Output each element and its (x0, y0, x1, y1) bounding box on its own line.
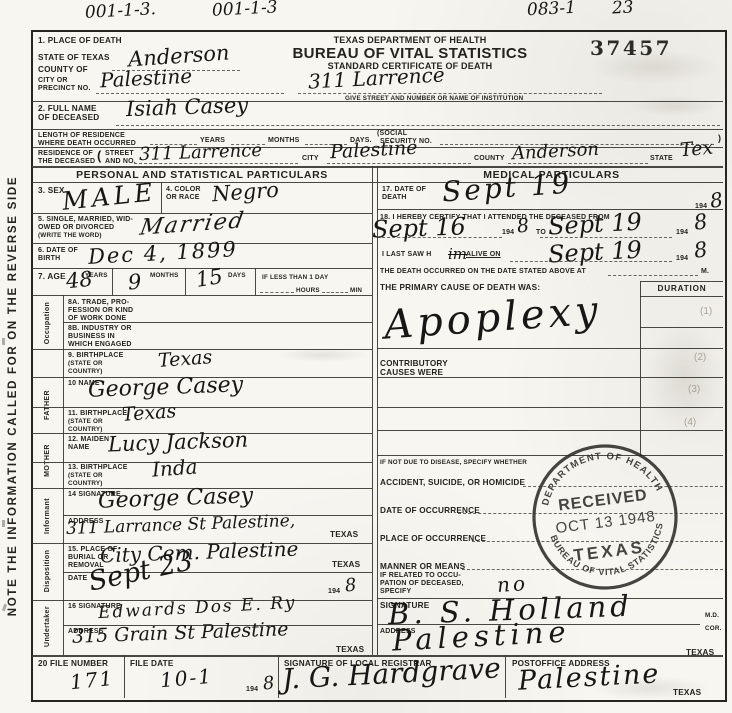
residence-state-label: STATE (650, 155, 673, 163)
birthplace-value: Texas (157, 348, 212, 371)
dod-year-digit: 8 (709, 189, 724, 211)
informant-side-label: Informant (44, 490, 51, 542)
contributory-label-2: CAUSES WERE (380, 368, 443, 377)
residence-label-2: THE DECEASED (38, 158, 95, 166)
rule-line (640, 327, 723, 328)
date-occurrence-label: DATE OF OCCURRENCE (380, 506, 480, 515)
mother-bp-label-2: (STATE OR (68, 472, 103, 479)
duration-ghost-1: (1) (700, 306, 712, 317)
father-bp-value: Texas (121, 402, 176, 425)
occupation-side-label: Occupation (44, 297, 51, 349)
personal-section-title: PERSONAL AND STATISTICAL PARTICULARS (32, 169, 372, 181)
birthplace-label-1: 9. BIRTHPLACE (68, 352, 124, 360)
father-bp-label-2: (STATE OR (68, 418, 103, 425)
cell-divider (255, 268, 256, 295)
county-of-label: COUNTY OF (38, 65, 88, 74)
date-of-death-label-1: 17. DATE OF (382, 186, 426, 194)
place-of-death-label: 1. PLACE OF DEATH (38, 36, 122, 45)
top-code-2: 001-1-3 (212, 0, 278, 20)
rule-line (377, 237, 502, 238)
father-bp-label-1: 11. BIRTHPLACE (68, 410, 127, 418)
bureau-title: BUREAU OF VITAL STATISTICS (240, 45, 580, 62)
hours-label: HOURS (296, 287, 320, 294)
rule-line (134, 163, 298, 164)
rule-line (32, 295, 372, 296)
last-saw-strike: im (448, 247, 467, 262)
min-label: MIN (350, 287, 362, 294)
file-year-digit: 8 (262, 674, 275, 693)
full-name-label-2: OF DECEASED (38, 113, 99, 122)
trade-label-1: 8A. TRADE, PRO- (68, 299, 129, 307)
duration-ghost-3: (3) (688, 384, 700, 395)
rule-line (377, 348, 723, 349)
cell-divider (124, 655, 125, 698)
marital-label-3: (WRITE THE WORD) (38, 232, 102, 239)
occupation-related-label-2: PATION OF DECEASED, (380, 580, 464, 588)
industry-label-2: BUSINESS IN (68, 333, 115, 341)
state-of-texas-label: STATE OF TEXAS (38, 53, 110, 62)
file-number-value: 171 (69, 668, 115, 693)
age-days-value: 15 (195, 266, 225, 291)
rule-line (260, 292, 294, 293)
precinct-no-label: PRECINCT NO. (38, 85, 91, 93)
to-year-digit: 8 (693, 211, 709, 234)
rule-line (377, 407, 723, 408)
rule-line (298, 93, 602, 94)
birthplace-label-3: COUNTRY) (68, 368, 103, 375)
street-and-no-label-1: STREET (105, 150, 134, 158)
place-occurrence-label: PLACE OF OCCURRENCE (380, 534, 486, 543)
occupation-related-label-1: IF RELATED TO OCCU- (380, 572, 461, 580)
social-paren: ) (718, 133, 721, 143)
undertaker-side-label: Undertaker (44, 600, 51, 653)
dob-label-1: 6. DATE OF (38, 247, 78, 255)
residence-brace: ( (97, 149, 102, 164)
mother-bp-value: Inda (151, 456, 198, 479)
rule-line (96, 93, 284, 94)
rule-line (508, 163, 648, 164)
last-saw-value: Sept 19 (547, 238, 642, 267)
full-name-label-1: 2. FULL NAME (38, 104, 97, 113)
length-residence-label-1: LENGTH OF RESIDENCE (38, 132, 125, 140)
dob-label-2: BIRTH (38, 255, 60, 263)
rule-line (63, 322, 372, 323)
rule-line (608, 275, 698, 276)
maiden-value: Lucy Jackson (108, 430, 249, 456)
scan-edge-mark (2, 338, 5, 345)
serial-number: 37457 (590, 36, 672, 60)
file-year-preprint: 194 (246, 686, 258, 694)
cell-divider (505, 655, 506, 698)
age-years-value: 48 (65, 269, 94, 293)
street-and-no-label-2: AND NO. (105, 158, 136, 166)
cell-divider (161, 182, 162, 213)
postoffice-address-value: Palestine (517, 660, 661, 694)
color-race-label-2: OR RACE (166, 194, 200, 202)
residence-label-1: RESIDENCE OF (38, 150, 93, 158)
city-or-label: CITY OR (38, 77, 68, 85)
rule-line (640, 281, 723, 282)
age-days-label: DAYS (228, 272, 246, 279)
dept-of-health-title: TEXAS DEPARTMENT OF HEALTH (240, 35, 580, 45)
to-year-preprint: 194 (676, 229, 688, 237)
if-less-than-day-label: IF LESS THAN 1 DAY (262, 274, 328, 281)
duration-ghost-4: (4) (684, 417, 696, 428)
rule-line (327, 163, 471, 164)
residence-city-label: CITY (302, 155, 319, 163)
age-months-label: MONTHS (150, 272, 179, 279)
birthplace-label-2: (STATE OR (68, 360, 103, 367)
md-label: M.D. (705, 612, 719, 619)
race-value: Negro (211, 180, 279, 206)
top-code-1: 001-1-3. (85, 1, 157, 22)
maiden-label-1: 12. MAIDEN (68, 436, 109, 444)
to-label: TO (536, 229, 546, 237)
manner-means-label: MANNER OR MEANS (380, 562, 465, 571)
rule-line (510, 261, 672, 262)
if-not-disease-label: IF NOT DUE TO DISEASE, SPECIFY WHETHER (380, 459, 527, 466)
from-year-digit: 8 (516, 216, 530, 236)
postoffice-address-state: TEXAS (673, 688, 701, 697)
duration-ghost-2: (2) (694, 352, 706, 363)
marital-label-1: 5. SINGLE, MARRIED, WID- (38, 216, 133, 224)
from-year-preprint: 194 (502, 229, 514, 237)
burial-date-label: DATE (68, 575, 87, 583)
duration-column-divider (640, 281, 641, 455)
attended-to-value: Sept 19 (547, 210, 642, 239)
lastsaw-year-preprint: 194 (676, 255, 688, 263)
rule-line (640, 296, 723, 297)
scan-edge-mark (2, 520, 5, 527)
father-side-label: FATHER (44, 378, 51, 432)
rule-line (116, 125, 720, 126)
trade-label-2: FESSION OR KIND (68, 307, 133, 315)
death-occurred-label: THE DEATH OCCURRED ON THE DATE STATED AB… (380, 268, 586, 276)
primary-cause-label: THE PRIMARY CAUSE OF DEATH WAS: (380, 283, 540, 292)
burial-year-digit: 8 (344, 576, 357, 595)
street-value: 311 Larrence (308, 64, 445, 91)
duration-header: DURATION (642, 284, 722, 293)
accident-label: ACCIDENT, SUICIDE, OR HOMICIDE (380, 478, 525, 487)
industry-label-1: 8B. INDUSTRY OR (68, 325, 132, 333)
cell-divider (278, 655, 279, 698)
top-code-3: 083-1 (527, 0, 577, 19)
burial-year-preprint: 194 (328, 588, 340, 596)
marital-label-2: OWED OR DIVORCED (38, 224, 114, 232)
residence-county-value: Anderson (512, 141, 600, 164)
mother-bp-label-1: 13. BIRTHPLACE (68, 464, 128, 472)
residence-city-value: Palestine (330, 139, 418, 163)
last-saw-label-2: ALIVE ON (466, 251, 501, 259)
received-stamp: DEPARTMENT OF HEALTH BUREAU OF VITAL STA… (516, 428, 694, 606)
full-name-value: Isiah Casey (126, 95, 249, 120)
rule-line (377, 209, 723, 210)
industry-label-3: WHICH ENGAGED (68, 341, 132, 349)
occurred-m-label: M. (701, 268, 709, 276)
disposition-side-label: Disposition (44, 544, 51, 598)
color-race-label-1: 4. COLOR (166, 186, 201, 194)
informant-address-state: TEXAS (330, 530, 358, 539)
file-date-value: 10-1 (159, 666, 213, 691)
rule-line (32, 407, 372, 408)
cor-label: COR. (705, 625, 722, 632)
undertaker-address-state: TEXAS (336, 645, 364, 654)
cell-divider (112, 268, 113, 295)
maiden-label-2: NAME (68, 444, 89, 452)
rule-line (322, 292, 348, 293)
rule-line (32, 462, 372, 463)
lastsaw-year-digit: 8 (693, 239, 709, 262)
last-saw-label-1: I LAST SAW H (382, 251, 431, 259)
cell-divider (185, 268, 186, 295)
age-months-value: 9 (127, 272, 142, 294)
residence-street-value: 311 Larrence (139, 142, 263, 164)
father-name-value: George Casey (88, 374, 244, 401)
residence-state-value: Tex (679, 139, 714, 161)
residence-county-label: COUNTY (474, 155, 505, 163)
occupation-related-label-3: SPECIFY (380, 588, 411, 596)
rule-line (377, 377, 723, 378)
top-code-4: 23 (612, 0, 635, 18)
age-label: 7. AGE (38, 272, 66, 281)
mother-side-label: MOTHER (44, 434, 51, 487)
burial-state: TEXAS (332, 560, 360, 569)
mother-bp-label-3: COUNTRY) (68, 480, 103, 487)
date-of-death-label-2: DEATH (382, 194, 407, 202)
death-certificate-scan: 001-1-3. 001-1-3 083-1 23 NOTE THE INFOR… (0, 0, 732, 713)
informant-signature-value: George Casey (98, 485, 254, 512)
margin-note: NOTE THE INFORMATION CALLED FOR ON THE R… (7, 142, 19, 650)
months-label: MONTHS (268, 137, 300, 145)
contributory-label-1: CONTRIBUTORY (380, 359, 448, 368)
city-value: Palestine (100, 66, 193, 91)
